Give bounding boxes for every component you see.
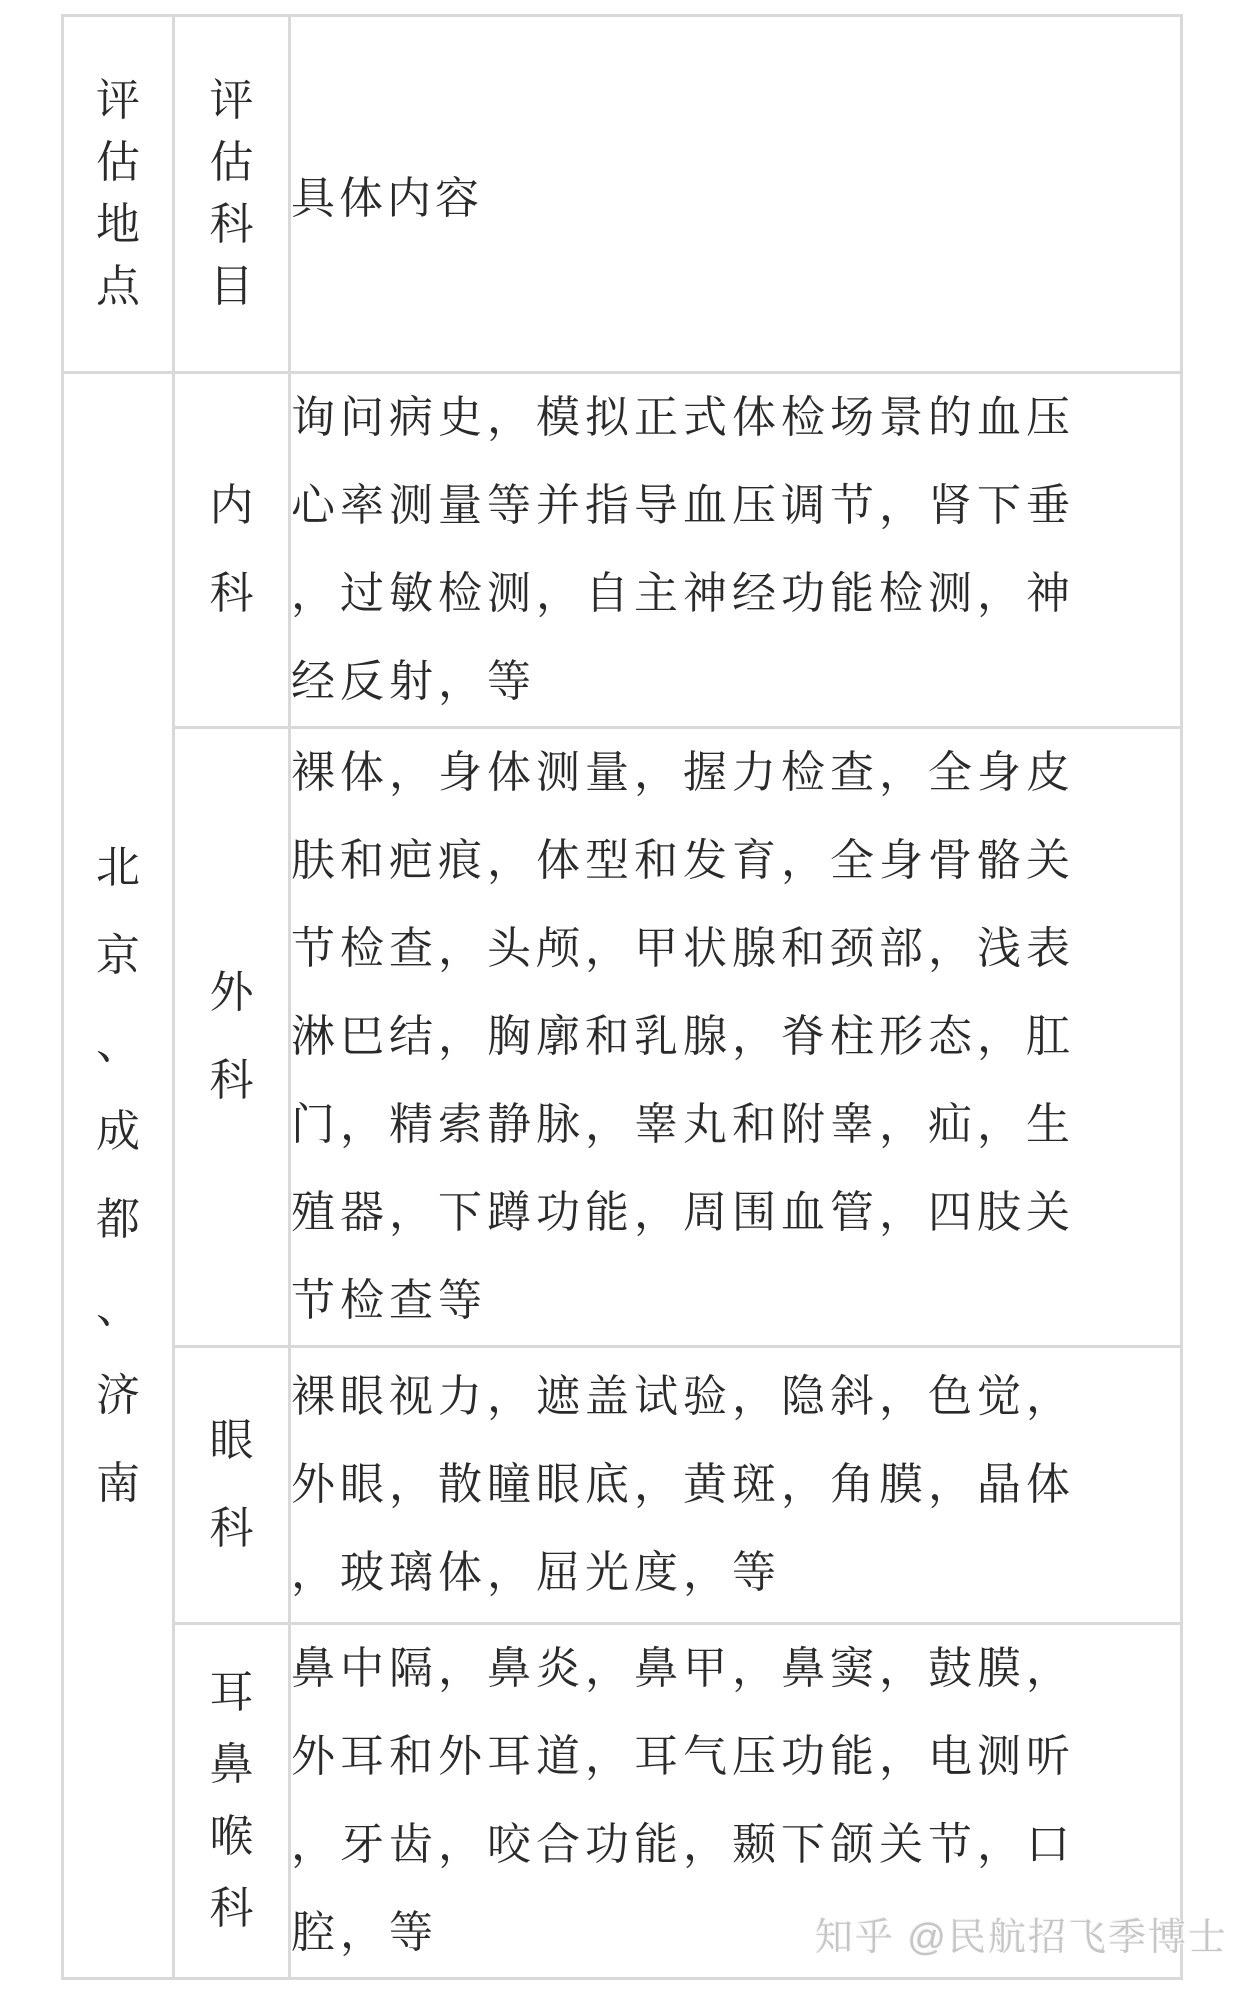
- assessment-table: 评估地点 评估科目 具体内容 北京、成都、济南 内科 询问病史，模拟正式体检场景…: [61, 14, 1183, 1980]
- subject-label-ophthalmology: 眼科: [210, 1397, 254, 1573]
- subject-cell-internal-medicine: 内科: [174, 373, 290, 728]
- col-header-location: 评估地点: [63, 16, 174, 373]
- row-surgery: 外科 裸体，身体测量，握力检查，全身皮 肤和疤痕，体型和发育，全身骨骼关 节检查…: [63, 728, 1182, 1347]
- location-cell: 北京、成都、济南: [63, 373, 174, 1979]
- content-cell-ophthalmology: 裸眼视力，遮盖试验，隐斜，色觉， 外眼，散瞳眼底，黄斑，角膜，晶体 ，玻璃体，屈…: [290, 1347, 1182, 1624]
- subject-label-surgery: 外科: [210, 949, 254, 1125]
- row-ophthalmology: 眼科 裸眼视力，遮盖试验，隐斜，色觉， 外眼，散瞳眼底，黄斑，角膜，晶体 ，玻璃…: [63, 1347, 1182, 1624]
- watermark: 知乎 @民航招飞季博士: [815, 1906, 1228, 1961]
- subject-label-ent: 耳鼻喉科: [210, 1657, 254, 1945]
- header-row: 评估地点 评估科目 具体内容: [63, 16, 1182, 373]
- col-header-subject-label: 评估科目: [210, 70, 254, 318]
- subject-cell-ent: 耳鼻喉科: [174, 1624, 290, 1979]
- subject-label-internal-medicine: 内科: [210, 462, 254, 638]
- col-header-location-label: 评估地点: [96, 70, 140, 318]
- subject-cell-ophthalmology: 眼科: [174, 1347, 290, 1624]
- row-internal-medicine: 北京、成都、济南 内科 询问病史，模拟正式体检场景的血压 心率测量等并指导血压调…: [63, 373, 1182, 728]
- content-cell-internal-medicine: 询问病史，模拟正式体检场景的血压 心率测量等并指导血压调节，肾下垂 ，过敏检测，…: [290, 373, 1182, 728]
- col-header-content: 具体内容: [290, 16, 1182, 373]
- content-cell-surgery: 裸体，身体测量，握力检查，全身皮 肤和疤痕，体型和发育，全身骨骼关 节检查，头颅…: [290, 728, 1182, 1347]
- location-cell-label: 北京、成都、济南: [96, 824, 140, 1528]
- col-header-content-label: 具体内容: [291, 174, 483, 223]
- subject-cell-surgery: 外科: [174, 728, 290, 1347]
- col-header-subject: 评估科目: [174, 16, 290, 373]
